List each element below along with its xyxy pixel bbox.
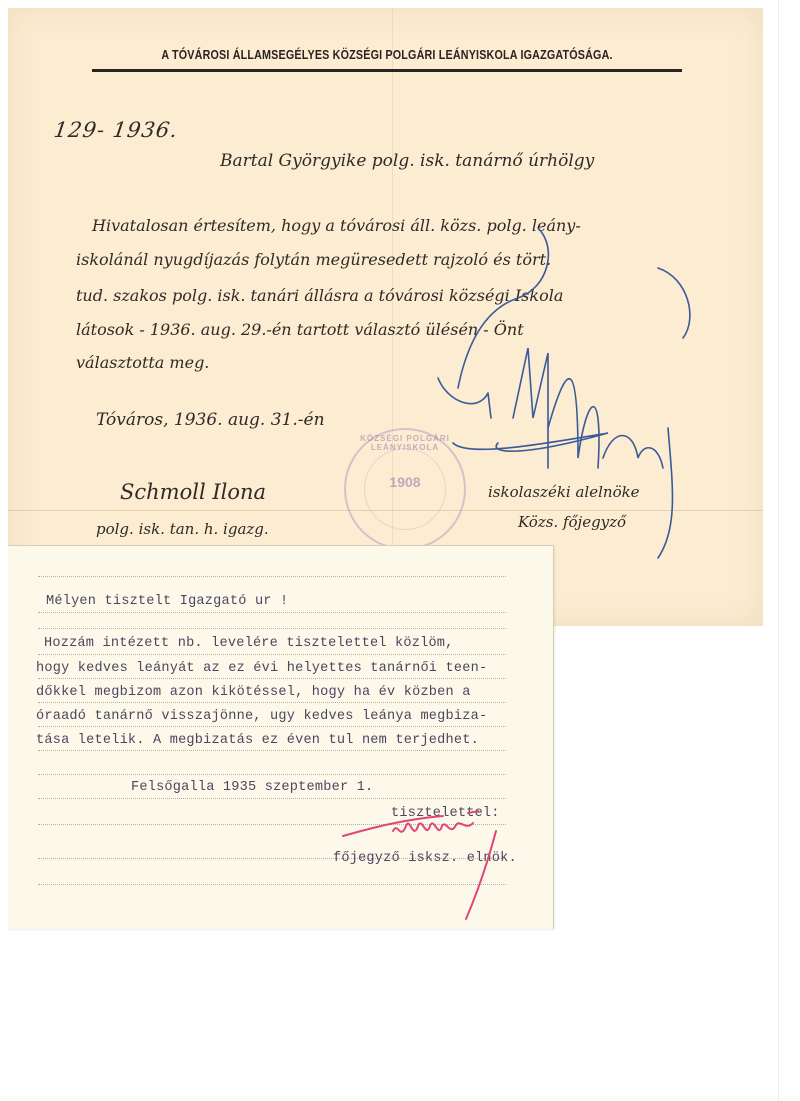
ruled-line: [38, 576, 506, 577]
ruled-line: [38, 678, 506, 679]
letterhead: A TÓVÁROSI ÁLLAMSEGÉLYES KÖZSÉGI POLGÁRI…: [133, 48, 640, 62]
ruled-line: [38, 798, 506, 799]
blue-ink-signature-icon: [428, 228, 728, 568]
letterhead-rule: [92, 69, 682, 72]
body-line: választotta meg.: [76, 353, 209, 372]
signer-title: polg. isk. tan. h. igazg.: [96, 520, 269, 538]
body-line: dőkkel megbizom azon kikötéssel, hogy ha…: [36, 685, 471, 700]
red-ink-signature-icon: [338, 801, 518, 921]
salutation: Mélyen tisztelt Igazgató ur !: [46, 594, 288, 609]
scan-edge-line: [778, 0, 779, 1101]
body-line: óraadó tanárnő visszajönne, ugy kedves l…: [36, 709, 487, 724]
ruled-line: [38, 628, 506, 629]
body-line: Hozzám intézett nb. levelére tisztelette…: [44, 636, 454, 651]
ruled-line: [38, 774, 506, 775]
body-line: hogy kedves leányát az ez évi helyettes …: [36, 661, 487, 676]
signer-signature: Schmoll Ilona: [120, 480, 266, 504]
appointment-letter: A TÓVÁROSI ÁLLAMSEGÉLYES KÖZSÉGI POLGÁRI…: [8, 8, 763, 626]
ruled-line: [38, 750, 506, 751]
ruled-line: [38, 702, 506, 703]
ruled-line: [38, 612, 506, 613]
addressee-line: Bartal Györgyike polg. isk. tanárnő úrhö…: [220, 151, 594, 171]
reference-number: 129- 1936.: [52, 118, 179, 142]
ruled-line: [38, 654, 506, 655]
place-date: Tóváros, 1936. aug. 31.-én: [96, 410, 325, 430]
ruled-line: [38, 726, 506, 727]
place-date: Felsőgalla 1935 szeptember 1.: [131, 780, 373, 795]
body-line: tása letelik. A megbizatás ez éven tul n…: [36, 733, 479, 748]
typewritten-letter: Mélyen tisztelt Igazgató ur ! Hozzám int…: [8, 545, 554, 929]
